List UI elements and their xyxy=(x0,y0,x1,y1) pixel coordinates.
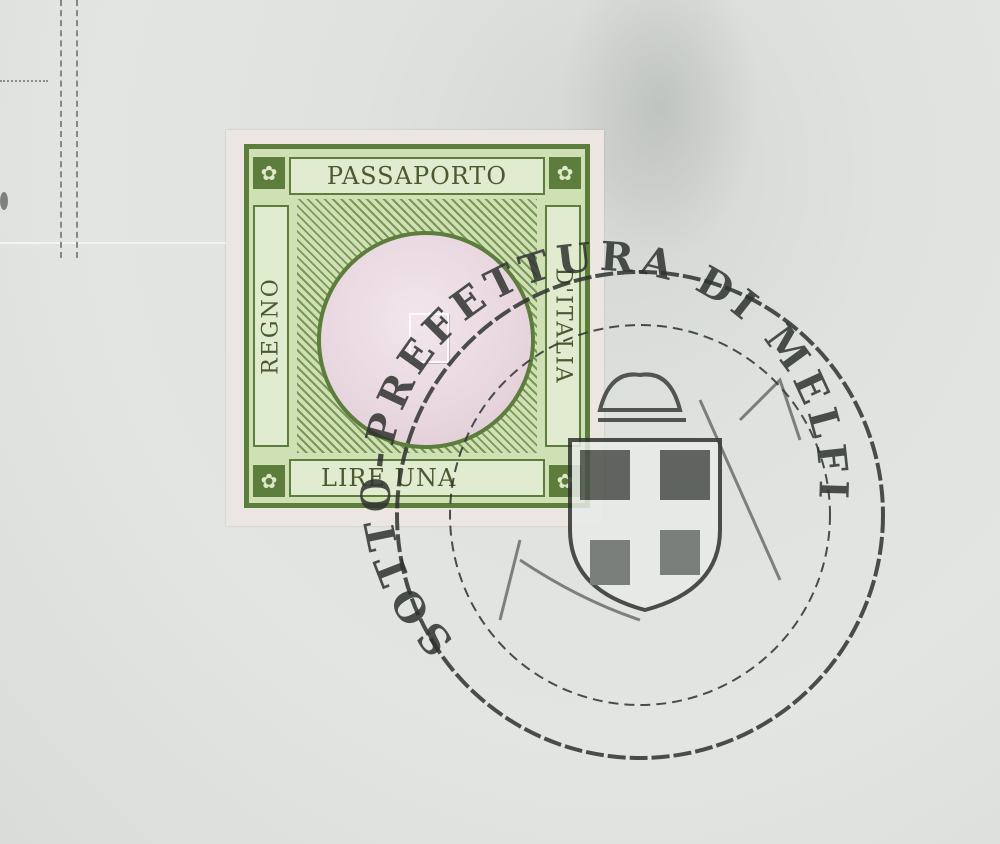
savoy-shield-icon xyxy=(570,440,720,610)
cancellation-handstamp: SOTTO-PREFETTURA DI MELFI xyxy=(0,0,1000,844)
savoy-crown-icon xyxy=(598,374,686,420)
